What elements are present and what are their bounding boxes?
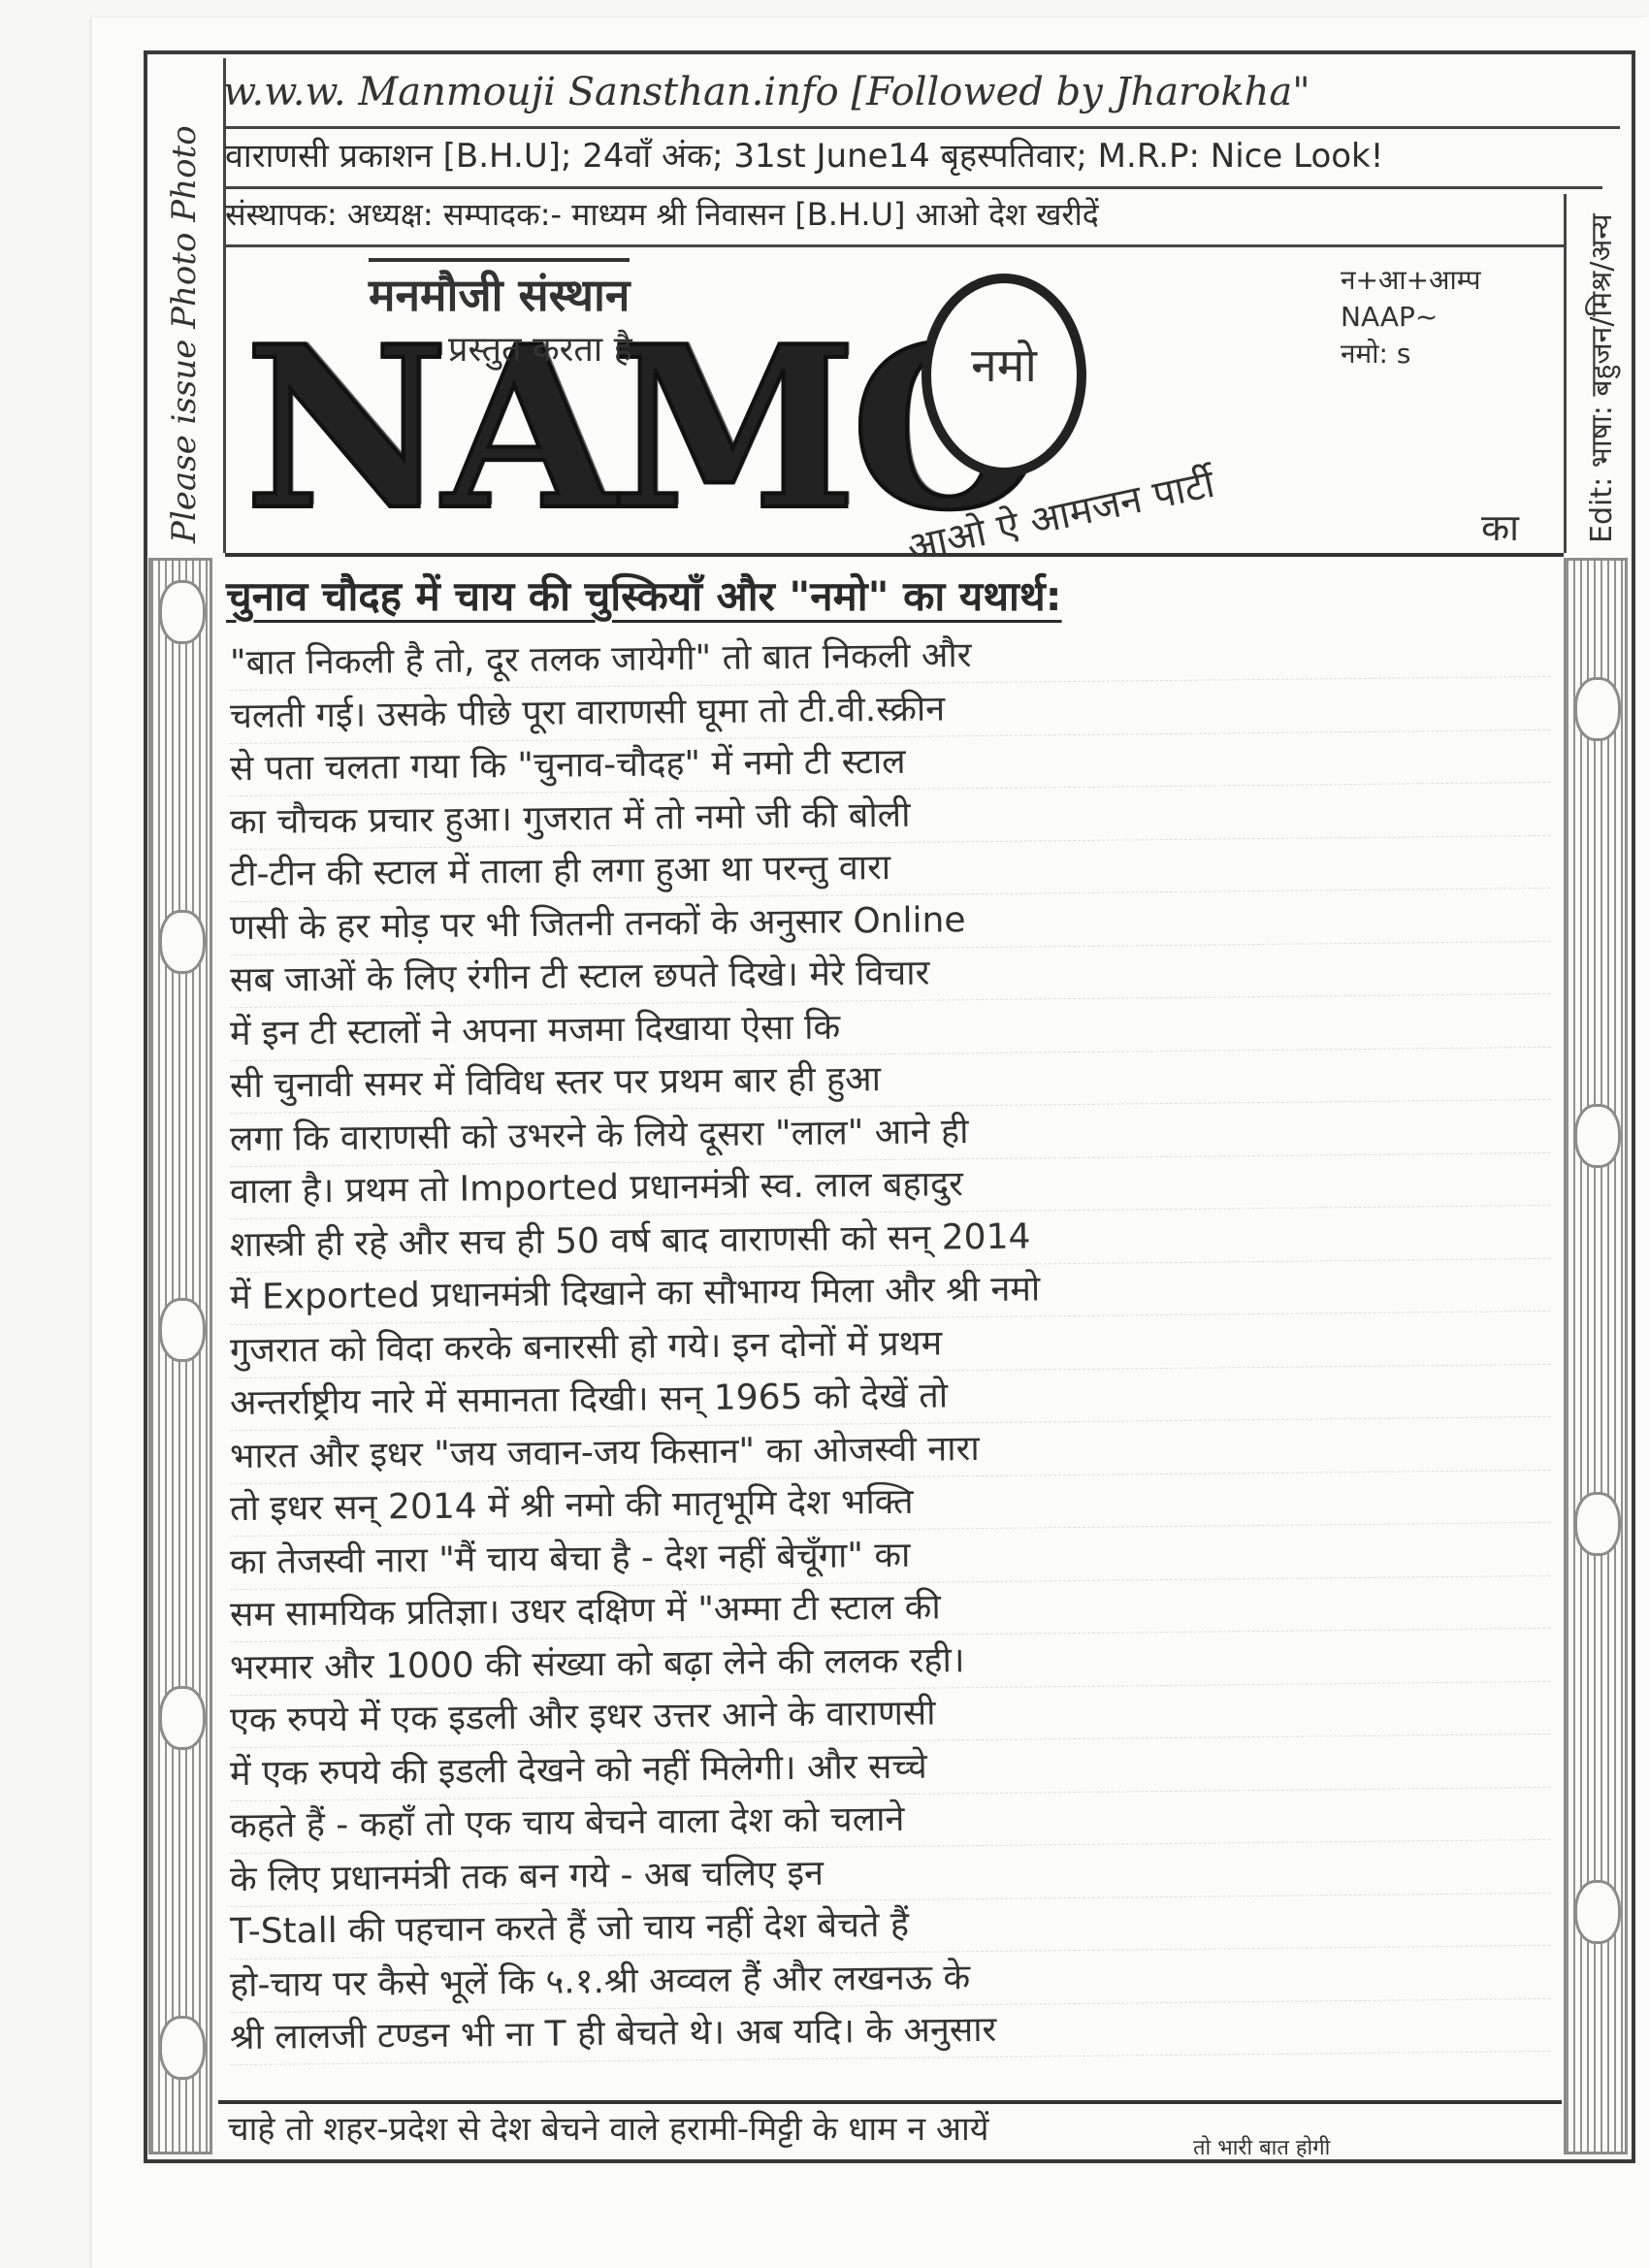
- border-knot-icon: [159, 1298, 206, 1362]
- masthead-brand: मनमौजी संस्थान: [369, 258, 630, 324]
- masthead-circle-badge: नमो: [921, 274, 1086, 477]
- footer-line: चाहे तो शहर-प्रदेश से देश बेचने वाले हरा…: [218, 2103, 1605, 2155]
- right-decorative-border: [1564, 558, 1628, 2155]
- side-note-2: NAAP~: [1341, 299, 1481, 336]
- border-knot-icon: [1574, 1880, 1621, 1944]
- border-knot-icon: [1574, 1492, 1621, 1556]
- left-vertical-strip: Please issue Photo Photo: [145, 58, 226, 553]
- article-headline: चुनाव चौदह में चाय की चुस्कियाँ और "नमो"…: [218, 558, 1562, 627]
- article: चुनाव चौदह में चाय की चुस्कियाँ और "नमो"…: [218, 558, 1562, 2104]
- masthead: NAMO मनमौजी संस्थान प्रस्तुत करता है नमो…: [225, 244, 1564, 557]
- footer-note: तो भारी बात होगी: [1193, 2132, 1330, 2161]
- masthead-title-namo: NAMO: [244, 312, 1040, 545]
- border-knot-icon: [1574, 677, 1621, 741]
- masthead-side-notes: न+आ+आम्प NAAP~ नमो: s: [1341, 262, 1481, 373]
- website-url-line: w.w.w. Manmouji Sansthan.info [Followed …: [223, 58, 1620, 129]
- border-knot-icon: [159, 910, 206, 974]
- right-strip-text: Edit: भाषा: बहुजन/मिश्र/अन्य: [1580, 213, 1620, 543]
- side-note-3: नमो: s: [1341, 336, 1481, 373]
- border-knot-icon: [159, 2016, 206, 2080]
- article-body: "बात निकली है तो, दूर तलक जायेगी" तो बात…: [218, 627, 1562, 2062]
- border-knot-icon: [1574, 1104, 1621, 1168]
- right-vertical-strip: Edit: भाषा: बहुजन/मिश्र/अन्य: [1564, 194, 1629, 553]
- publication-info-line: वाराणसी प्रकाशन [B.H.U]; 24वाँ अंक; 31st…: [225, 126, 1602, 189]
- masthead-ka: का: [1481, 502, 1519, 552]
- side-note-1: न+आ+आम्प: [1341, 262, 1481, 299]
- left-strip-text: Please issue Photo Photo: [165, 125, 204, 543]
- staff-info-line: संस्थापक: अध्यक्ष: सम्पादक:- माध्यम श्री…: [225, 186, 1564, 247]
- border-knot-icon: [159, 580, 206, 644]
- border-knot-icon: [159, 1686, 206, 1750]
- left-decorative-border: [148, 558, 212, 2155]
- masthead-tagline: प्रस्तुत करता है: [448, 324, 632, 372]
